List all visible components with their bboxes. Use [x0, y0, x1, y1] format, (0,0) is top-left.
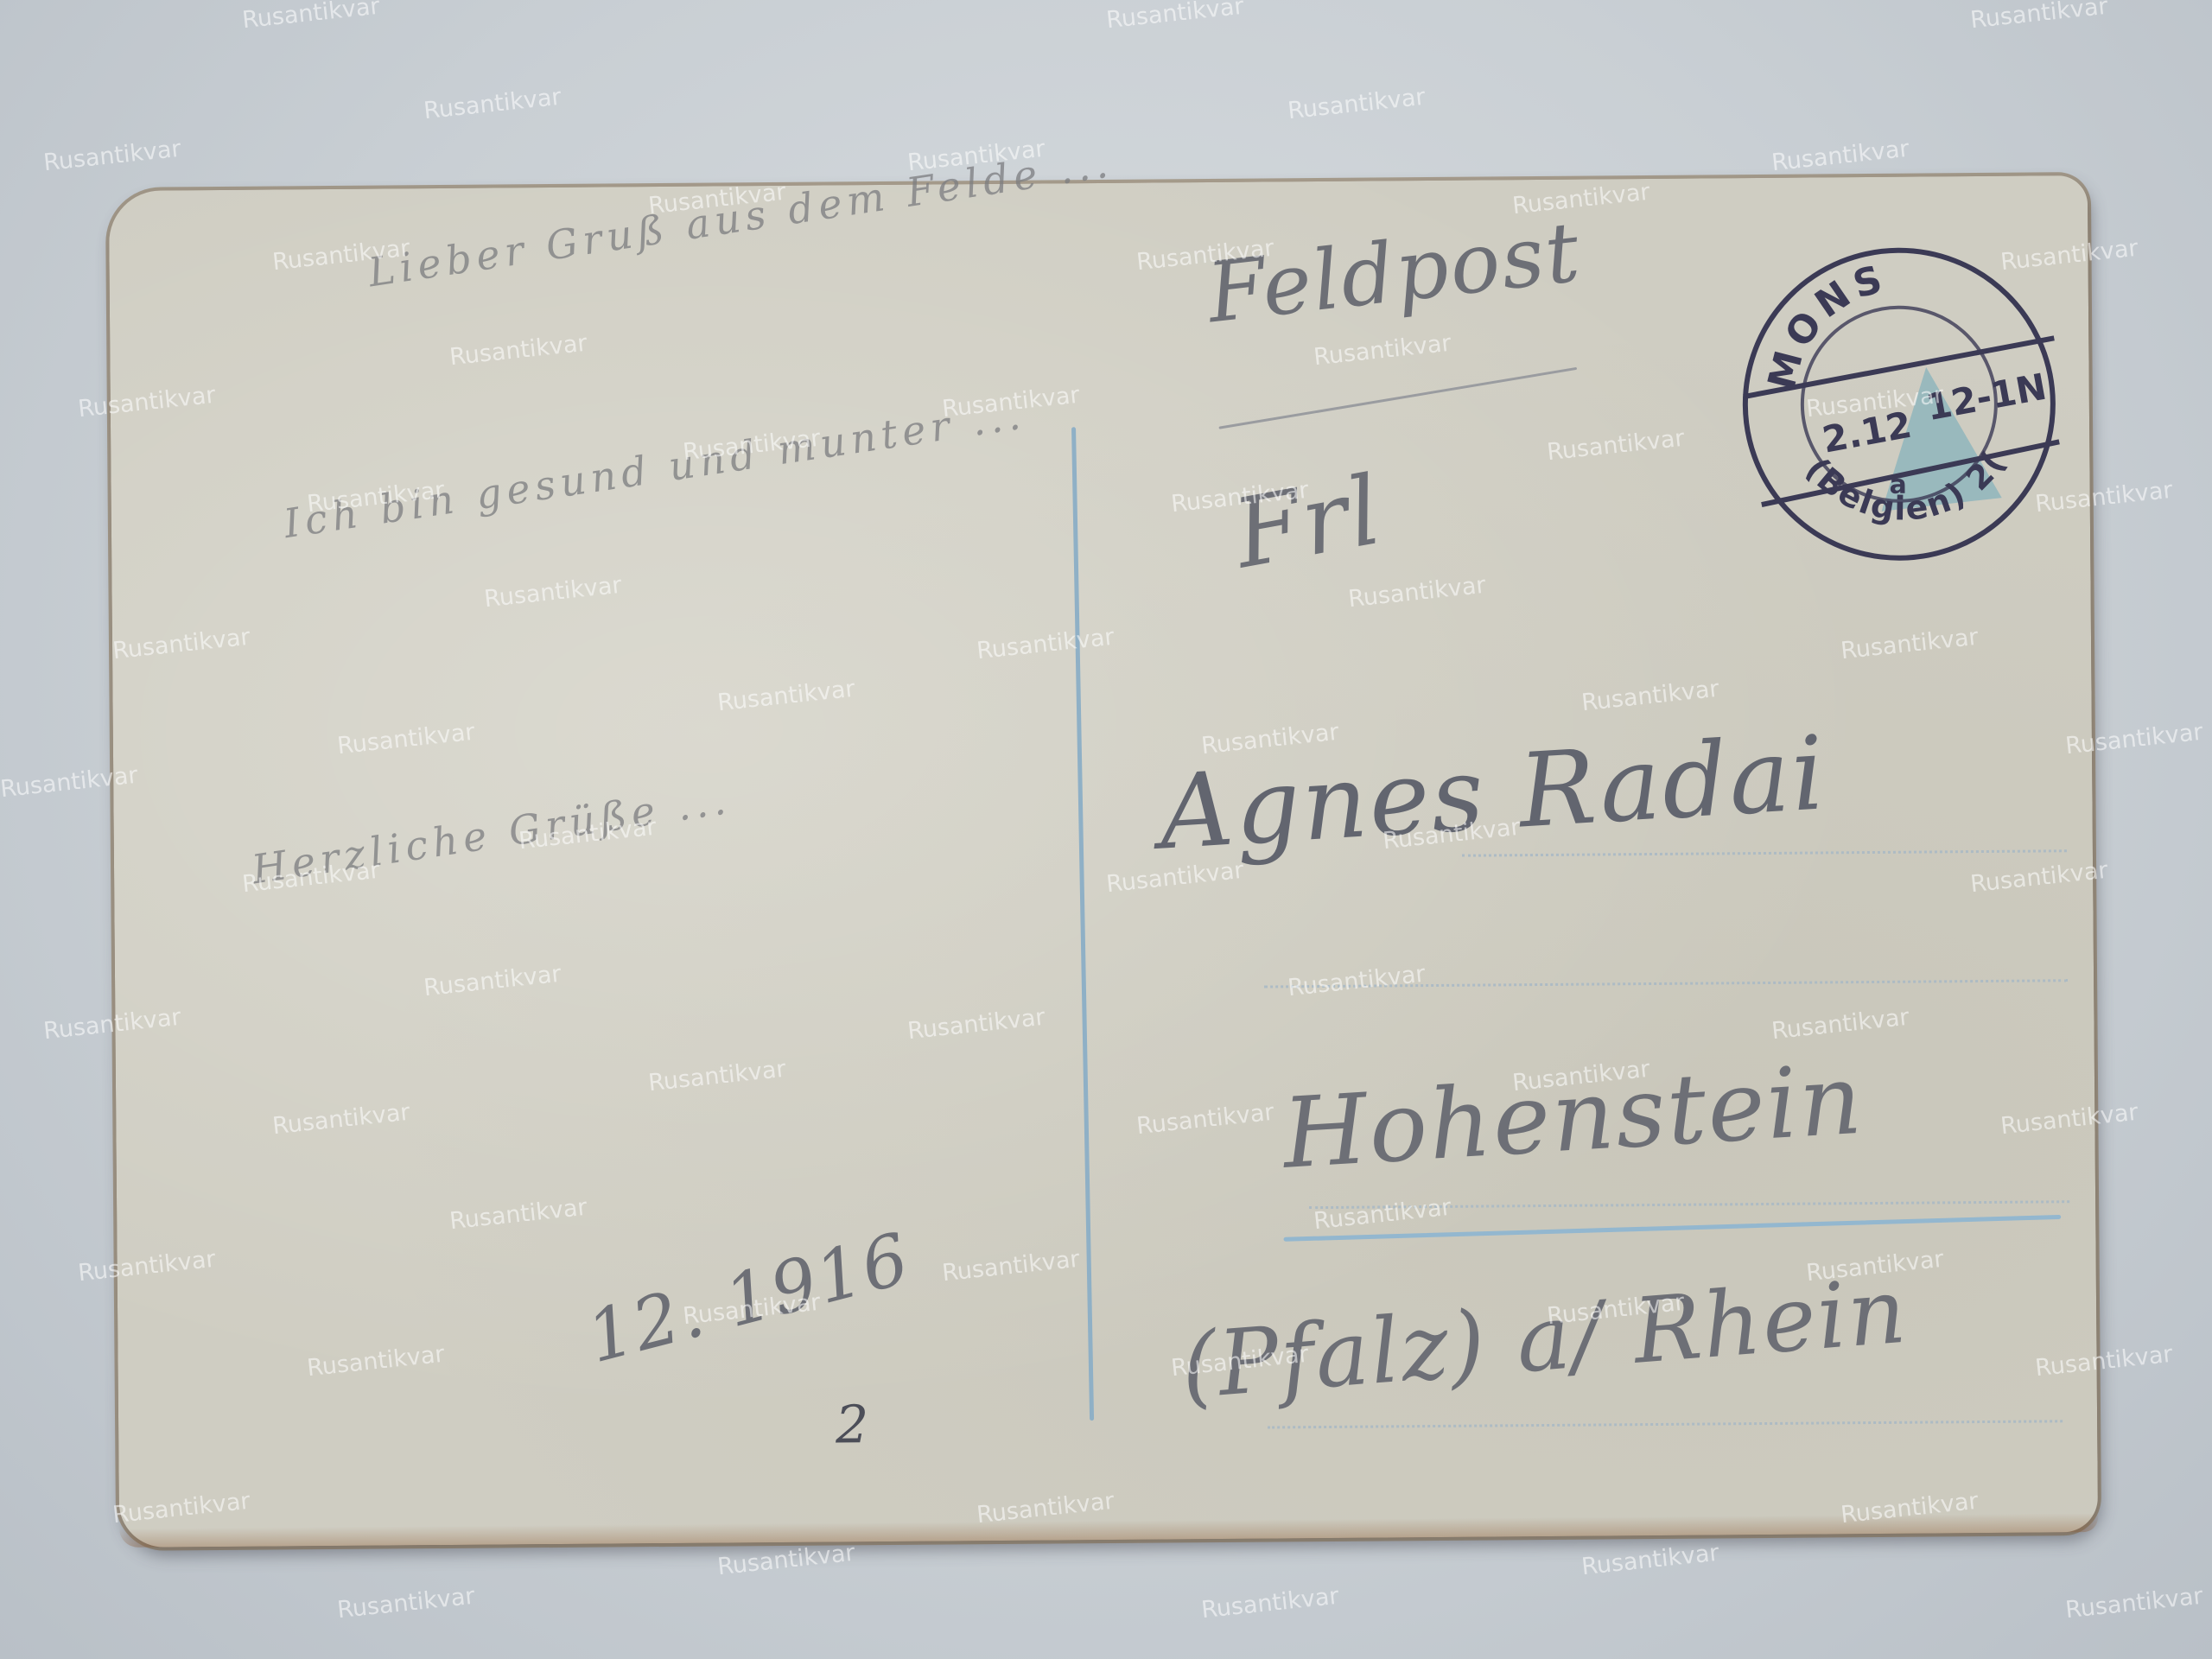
salutation: Frl	[1226, 454, 1390, 590]
recipient-region: (Pfalz) a/ Rhein	[1178, 1258, 1911, 1420]
page-mark: 2	[836, 1395, 871, 1455]
address-line	[1264, 979, 2068, 988]
postmark-date: 2.12	[1819, 404, 1915, 461]
address-line	[1268, 1420, 2063, 1428]
service-label: Feldpost	[1203, 203, 1586, 341]
address-line	[1309, 1200, 2069, 1209]
message-line: Ich bin gesund und munter ...	[281, 391, 1028, 547]
postmark: MONS 2.12 12-1N a (Belgien) 2(Bf)	[1733, 217, 2064, 582]
message-line: Herzliche Grüße ...	[249, 776, 734, 893]
card-divider-line	[1071, 427, 1094, 1421]
postmark-circle-icon: MONS 2.12 12-1N a (Belgien) 2(Bf)	[1733, 217, 2064, 582]
recipient-city: Hohenstein	[1280, 1044, 1866, 1191]
underline	[1218, 367, 1577, 429]
blue-rule	[1283, 1215, 2061, 1242]
message-date: 12. 1916	[579, 1217, 918, 1379]
postmark-time: 12-1N	[1923, 365, 2050, 429]
address-line	[1462, 849, 2067, 856]
recipient-name: Agnes Radai	[1156, 713, 1829, 872]
postcard-back: Lieber Gruß aus dem Felde ... Ich bin ge…	[109, 175, 2098, 1548]
